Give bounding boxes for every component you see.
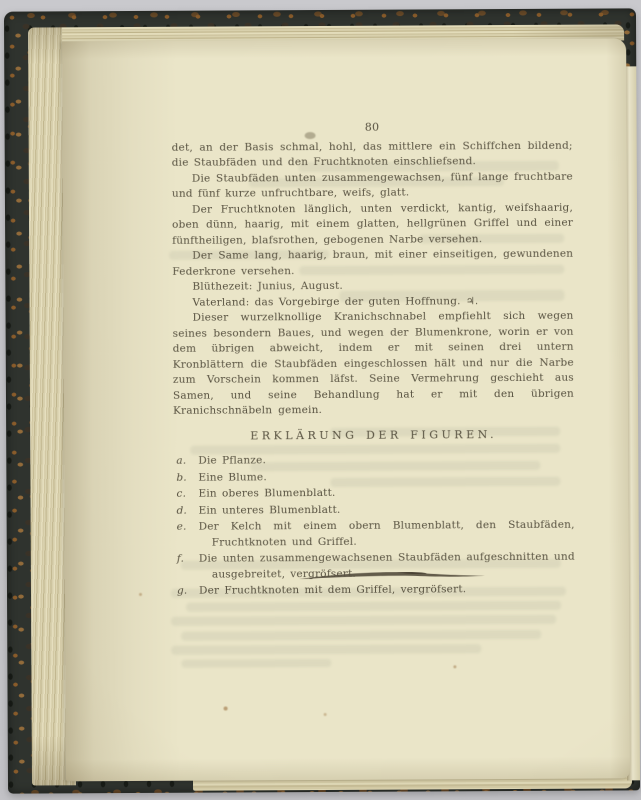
paragraph: Der Fruchtknoten länglich, unten verdick… xyxy=(172,200,573,249)
figure-label: e. xyxy=(174,520,199,551)
discussion-paragraph: Dieser wurzelknollige Kranichschnabel em… xyxy=(173,309,575,420)
paragraph: Der Same lang, haarig, braun, mit einer … xyxy=(172,247,573,280)
figure-item: a. Die Pflanze. xyxy=(173,452,574,470)
bleedthrough-line xyxy=(186,601,561,612)
bleedthrough-line xyxy=(181,630,541,641)
figure-item: c. Ein oberes Blumenblatt. xyxy=(173,485,574,503)
figure-label: f. xyxy=(174,552,199,583)
foxing-spot xyxy=(324,713,327,716)
figure-text: Der Kelch mit einem obern Blumenblatt, d… xyxy=(199,518,575,551)
book-page: 80 det, an der Basis schmal, hohl, das m… xyxy=(62,38,630,781)
figure-text: Ein oberes Blumenblatt. xyxy=(198,485,574,502)
figures-heading: ERKLÄRUNG DER FIGUREN. xyxy=(173,426,574,444)
bleedthrough-line xyxy=(171,644,481,655)
book: 80 det, an der Basis schmal, hohl, das m… xyxy=(4,8,640,793)
perennial-symbol: ♃. xyxy=(466,296,479,307)
figure-item: e. Der Kelch mit einem obern Blumenblatt… xyxy=(174,518,575,551)
foxing-spot xyxy=(224,706,228,710)
page-content: 80 det, an der Basis schmal, hohl, das m… xyxy=(172,119,576,601)
figure-item: f. Die unten zusammengewachsenen Staubfä… xyxy=(174,550,575,583)
figure-text: Die Pflanze. xyxy=(198,452,574,469)
figure-text: Ein unteres Blumenblatt. xyxy=(199,501,575,518)
figure-text: Der Fruchtknoten mit dem Griffel, vergrö… xyxy=(199,582,575,599)
paragraph: det, an der Basis schmal, hohl, das mitt… xyxy=(172,138,573,171)
figure-item: d. Ein unteres Blumenblatt. xyxy=(174,501,575,519)
bleedthrough-line xyxy=(171,615,556,626)
paragraph: Die Staubfäden unten zusammengewachsen, … xyxy=(172,169,573,202)
foxing-spot xyxy=(139,593,142,596)
figure-label: d. xyxy=(174,503,199,519)
figure-item: g. Der Fruchtknoten mit dem Griffel, ver… xyxy=(174,582,575,600)
figure-item: b. Eine Blume. xyxy=(173,468,574,486)
figures-list: a. Die Pflanze. b. Eine Blume. c. Ein ob… xyxy=(173,452,575,600)
figure-label: c. xyxy=(173,487,198,503)
homeland-text: Vaterland: das Vorgebirge der guten Hoff… xyxy=(192,295,460,308)
figure-label: a. xyxy=(173,454,198,470)
figure-label: b. xyxy=(173,470,198,486)
page-number: 80 xyxy=(172,119,573,137)
figure-text: Eine Blume. xyxy=(198,468,574,485)
figure-label: g. xyxy=(174,584,199,600)
bleedthrough-line xyxy=(181,659,331,668)
foxing-spot xyxy=(453,665,456,668)
figure-text: Die unten zusammengewachsenen Staubfäden… xyxy=(199,550,575,583)
